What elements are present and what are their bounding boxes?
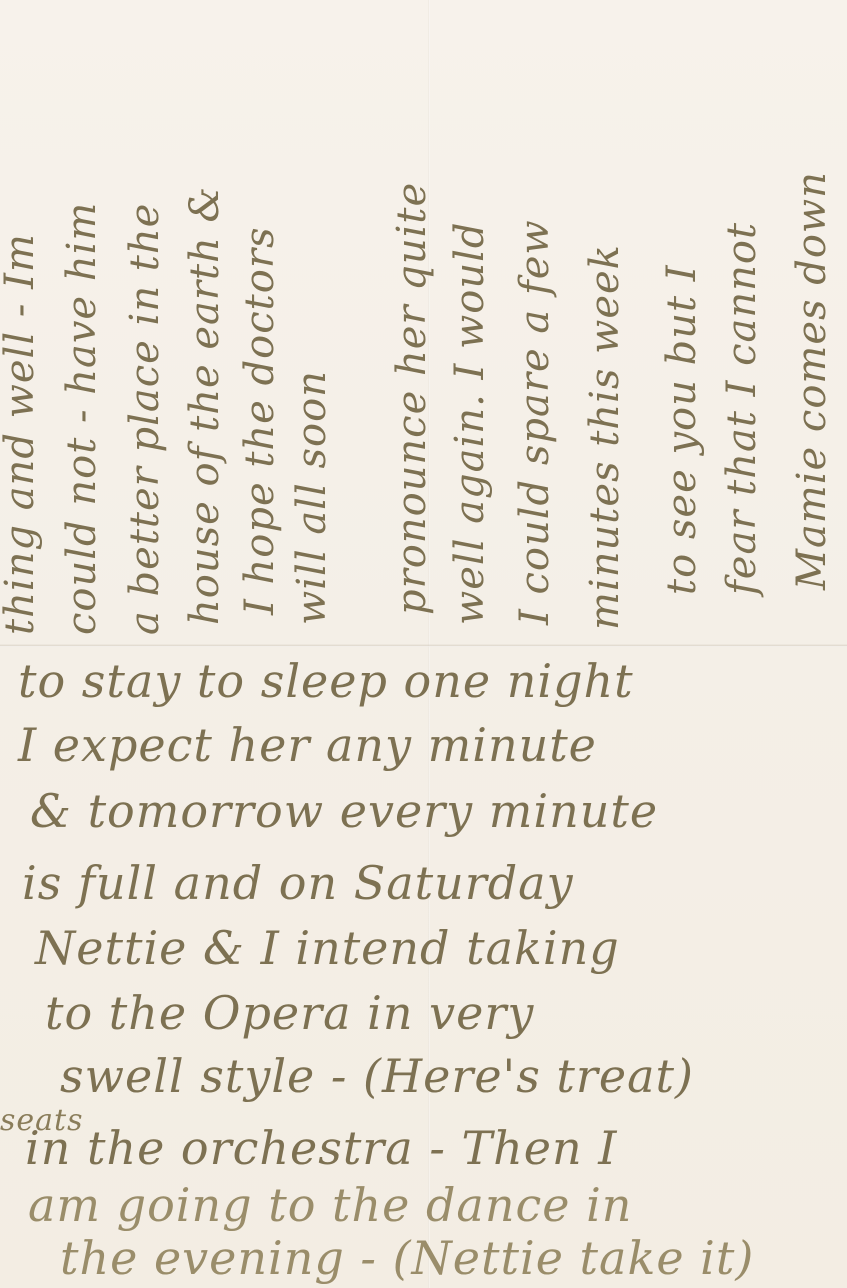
text-line-1: to stay to sleep one night	[18, 656, 634, 706]
text-line-7: swell style - (Here's treat)	[60, 1051, 694, 1101]
rotated-line-10: minutes this week	[585, 244, 625, 630]
text-line-3: & tomorrow every minute	[30, 786, 658, 836]
text-line-6: to the Opera in very	[45, 988, 534, 1038]
text-line-8: in the orchestra - Then I	[25, 1123, 617, 1173]
rotated-line-4: house of the earth &	[185, 186, 225, 625]
text-line-10: the evening - (Nettie take it)	[60, 1233, 754, 1283]
rotated-line-3: a better place in the	[125, 203, 165, 635]
rotated-line-12: fear that I cannot	[722, 222, 762, 595]
letter-page: thing and well - Im could not - have him…	[0, 0, 847, 1288]
rotated-line-13: Mamie comes down	[792, 171, 832, 590]
horizontal-fold-crease	[0, 644, 847, 647]
rotated-line-7: pronounce her quite	[392, 182, 432, 615]
rotated-line-9: I could spare a few	[515, 219, 555, 625]
text-line-2: I expect her any minute	[18, 720, 597, 770]
text-line-5: Nettie & I intend taking	[35, 923, 620, 973]
rotated-line-5: I hope the doctors	[240, 227, 280, 615]
rotated-text-section: thing and well - Im could not - have him…	[0, 0, 847, 640]
horizontal-text-section: to stay to sleep one night I expect her …	[0, 648, 847, 1288]
rotated-line-11: to see you but I	[662, 264, 702, 595]
rotated-line-2: could not - have him	[62, 202, 102, 635]
rotated-line-6: will all soon	[292, 370, 332, 625]
rotated-line-1: thing and well - Im	[0, 233, 40, 635]
text-line-9: am going to the dance in	[28, 1180, 632, 1230]
text-line-4: is full and on Saturday	[22, 858, 574, 908]
rotated-line-8: well again. I would	[450, 222, 490, 626]
